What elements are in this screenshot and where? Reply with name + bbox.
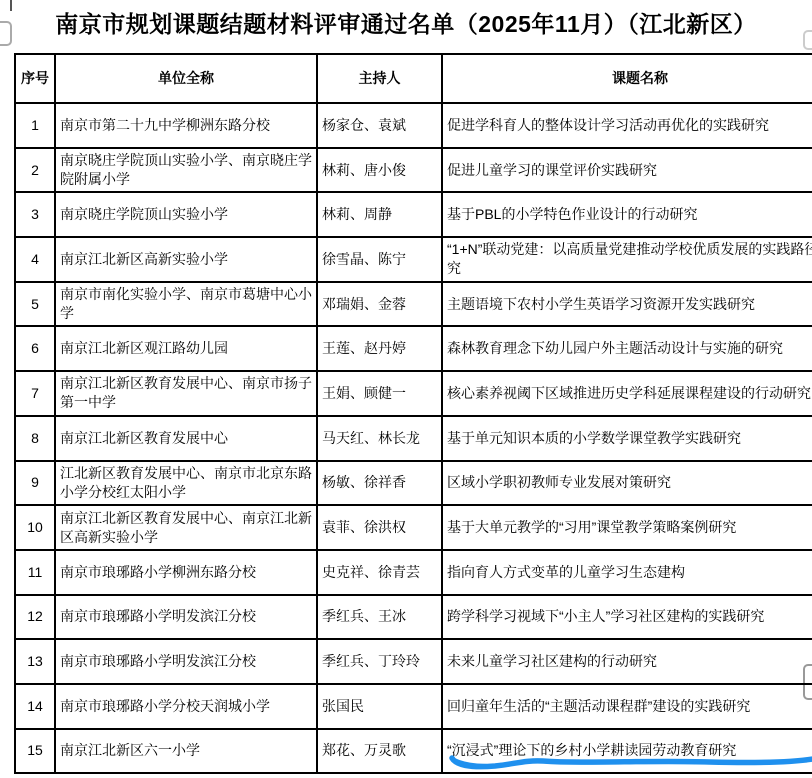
- project-title-cell: 森林教育理念下幼儿园户外主题活动设计与实施的研究: [442, 326, 812, 371]
- unit-name-cell: 南京江北新区观江路幼儿园: [55, 326, 317, 371]
- row-number-cell: 8: [15, 416, 55, 461]
- table-row: 13 南京市琅琊路小学明发滨江分校 季红兵、丁玲玲 未来儿童学习社区建构的行动研…: [15, 639, 812, 684]
- table-row: 2 南京晓庄学院顶山实验小学、南京晓庄学院附属小学 林莉、唐小俊 促进儿童学习的…: [15, 148, 812, 193]
- row-number-cell: 12: [15, 595, 55, 640]
- table-row: 5 南京市南化实验小学、南京市葛塘中心小学 邓瑞娟、金蓉 主题语境下农村小学生英…: [15, 282, 812, 327]
- table-row: 14 南京市琅琊路小学分校天润城小学 张国民 回归童年生活的“主题活动课程群”建…: [15, 684, 812, 729]
- host-cell: 徐雪晶、陈宁: [317, 237, 442, 282]
- project-title-cell: 指向育人方式变革的儿童学习生态建构: [442, 550, 812, 595]
- project-title-cell: 主题语境下农村小学生英语学习资源开发实践研究: [442, 282, 812, 327]
- unit-name-cell: 南京江北新区六一小学: [55, 729, 317, 774]
- row-number-cell: 7: [15, 371, 55, 416]
- table-row: 4 南京江北新区高新实验小学 徐雪晶、陈宁 “1+N”联动党建：以高质量党建推动…: [15, 237, 812, 282]
- project-title-cell: 区域小学职初教师专业发展对策研究: [442, 461, 812, 506]
- unit-name-cell: 南京市琅琊路小学分校天润城小学: [55, 684, 317, 729]
- row-number-cell: 3: [15, 192, 55, 237]
- host-cell: 袁菲、徐洪权: [317, 505, 442, 550]
- table-row: 12 南京市琅琊路小学明发滨江分校 季红兵、王冰 跨学科学习视域下“小主人”学习…: [15, 595, 812, 640]
- header-project-title: 课题名称: [442, 54, 812, 103]
- host-cell: 林莉、周静: [317, 192, 442, 237]
- project-title-cell: 未来儿童学习社区建构的行动研究: [442, 639, 812, 684]
- table-row: 8 南京江北新区教育发展中心 马天红、林长龙 基于单元知识本质的小学数学课堂教学…: [15, 416, 812, 461]
- project-title-cell: 基于单元知识本质的小学数学课堂教学实践研究: [442, 416, 812, 461]
- project-title-cell: 基于大单元教学的“习用”课堂教学策略案例研究: [442, 505, 812, 550]
- row-number-cell: 11: [15, 550, 55, 595]
- table-row: 10 南京江北新区教育发展中心、南京江北新区高新实验小学 袁菲、徐洪权 基于大单…: [15, 505, 812, 550]
- unit-name-cell: 南京江北新区高新实验小学: [55, 237, 317, 282]
- unit-name-cell: 南京市琅琊路小学明发滨江分校: [55, 595, 317, 640]
- table-row: 7 南京江北新区教育发展中心、南京市扬子第一中学 王娟、顾健一 核心素养视阈下区…: [15, 371, 812, 416]
- project-title-cell: 核心素养视阈下区域推进历史学科延展课程建设的行动研究: [442, 371, 812, 416]
- row-number-cell: 9: [15, 461, 55, 506]
- host-cell: 马天红、林长龙: [317, 416, 442, 461]
- unit-name-cell: 南京市第二十九中学柳洲东路分校: [55, 103, 317, 148]
- table-row: 1 南京市第二十九中学柳洲东路分校 杨家仓、袁斌 促进学科育人的整体设计学习活动…: [15, 103, 812, 148]
- project-title-cell: “沉浸式”理论下的乡村小学耕读园劳动教育研究: [442, 729, 812, 774]
- row-number-cell: 6: [15, 326, 55, 371]
- project-title-cell: 促进学科育人的整体设计学习活动再优化的实践研究: [442, 103, 812, 148]
- table-row: 3 南京晓庄学院顶山实验小学 林莉、周静 基于PBL的小学特色作业设计的行动研究: [15, 192, 812, 237]
- row-number-cell: 15: [15, 729, 55, 774]
- host-cell: 季红兵、丁玲玲: [317, 639, 442, 684]
- host-cell: 杨家仓、袁斌: [317, 103, 442, 148]
- table-row: 11 南京市琅琊路小学柳洲东路分校 史克祥、徐青芸 指向育人方式变革的儿童学习生…: [15, 550, 812, 595]
- host-cell: 史克祥、徐青芸: [317, 550, 442, 595]
- table-row: 9 江北新区教育发展中心、南京市北京东路小学分校红太阳小学 杨敏、徐祥香 区域小…: [15, 461, 812, 506]
- unit-name-cell: 南京市琅琊路小学柳洲东路分校: [55, 550, 317, 595]
- row-number-cell: 4: [15, 237, 55, 282]
- table-row: 15 南京江北新区六一小学 郑花、万灵歌 “沉浸式”理论下的乡村小学耕读园劳动教…: [15, 729, 812, 774]
- row-number-cell: 10: [15, 505, 55, 550]
- host-cell: 张国民: [317, 684, 442, 729]
- results-table: 序号 单位全称 主持人 课题名称 1 南京市第二十九中学柳洲东路分校 杨家仓、袁…: [14, 53, 812, 774]
- unit-name-cell: 南京市南化实验小学、南京市葛塘中心小学: [55, 282, 317, 327]
- unit-name-cell: 南京江北新区教育发展中心: [55, 416, 317, 461]
- unit-name-cell: 南京晓庄学院顶山实验小学: [55, 192, 317, 237]
- host-cell: 郑花、万灵歌: [317, 729, 442, 774]
- unit-name-cell: 南京江北新区教育发展中心、南京江北新区高新实验小学: [55, 505, 317, 550]
- row-number-cell: 1: [15, 103, 55, 148]
- host-cell: 杨敏、徐祥香: [317, 461, 442, 506]
- document-page: 南京市规划课题结题材料评审通过名单（2025年11月）（江北新区） 序号 单位全…: [0, 0, 812, 778]
- row-number-cell: 2: [15, 148, 55, 193]
- unit-name-cell: 南京晓庄学院顶山实验小学、南京晓庄学院附属小学: [55, 148, 317, 193]
- header-host: 主持人: [317, 54, 442, 103]
- unit-name-cell: 南京江北新区教育发展中心、南京市扬子第一中学: [55, 371, 317, 416]
- project-title-cell: 跨学科学习视域下“小主人”学习社区建构的实践研究: [442, 595, 812, 640]
- row-number-cell: 14: [15, 684, 55, 729]
- project-title-cell: 促进儿童学习的课堂评价实践研究: [442, 148, 812, 193]
- host-cell: 林莉、唐小俊: [317, 148, 442, 193]
- host-cell: 季红兵、王冰: [317, 595, 442, 640]
- header-unit-name: 单位全称: [55, 54, 317, 103]
- host-cell: 王娟、顾健一: [317, 371, 442, 416]
- host-cell: 邓瑞娟、金蓉: [317, 282, 442, 327]
- project-title-cell: 基于PBL的小学特色作业设计的行动研究: [442, 192, 812, 237]
- row-number-cell: 5: [15, 282, 55, 327]
- project-title-cell: “1+N”联动党建：以高质量党建推动学校优质发展的实践路径研究: [442, 237, 812, 282]
- header-row: 序号 单位全称 主持人 课题名称: [15, 54, 812, 103]
- row-number-cell: 13: [15, 639, 55, 684]
- host-cell: 王莲、赵丹婷: [317, 326, 442, 371]
- unit-name-cell: 江北新区教育发展中心、南京市北京东路小学分校红太阳小学: [55, 461, 317, 506]
- table-row: 6 南京江北新区观江路幼儿园 王莲、赵丹婷 森林教育理念下幼儿园户外主题活动设计…: [15, 326, 812, 371]
- unit-name-cell: 南京市琅琊路小学明发滨江分校: [55, 639, 317, 684]
- header-serial-number: 序号: [15, 54, 55, 103]
- project-title-cell: 回归童年生活的“主题活动课程群”建设的实践研究: [442, 684, 812, 729]
- page-title: 南京市规划课题结题材料评审通过名单（2025年11月）（江北新区）: [0, 6, 812, 39]
